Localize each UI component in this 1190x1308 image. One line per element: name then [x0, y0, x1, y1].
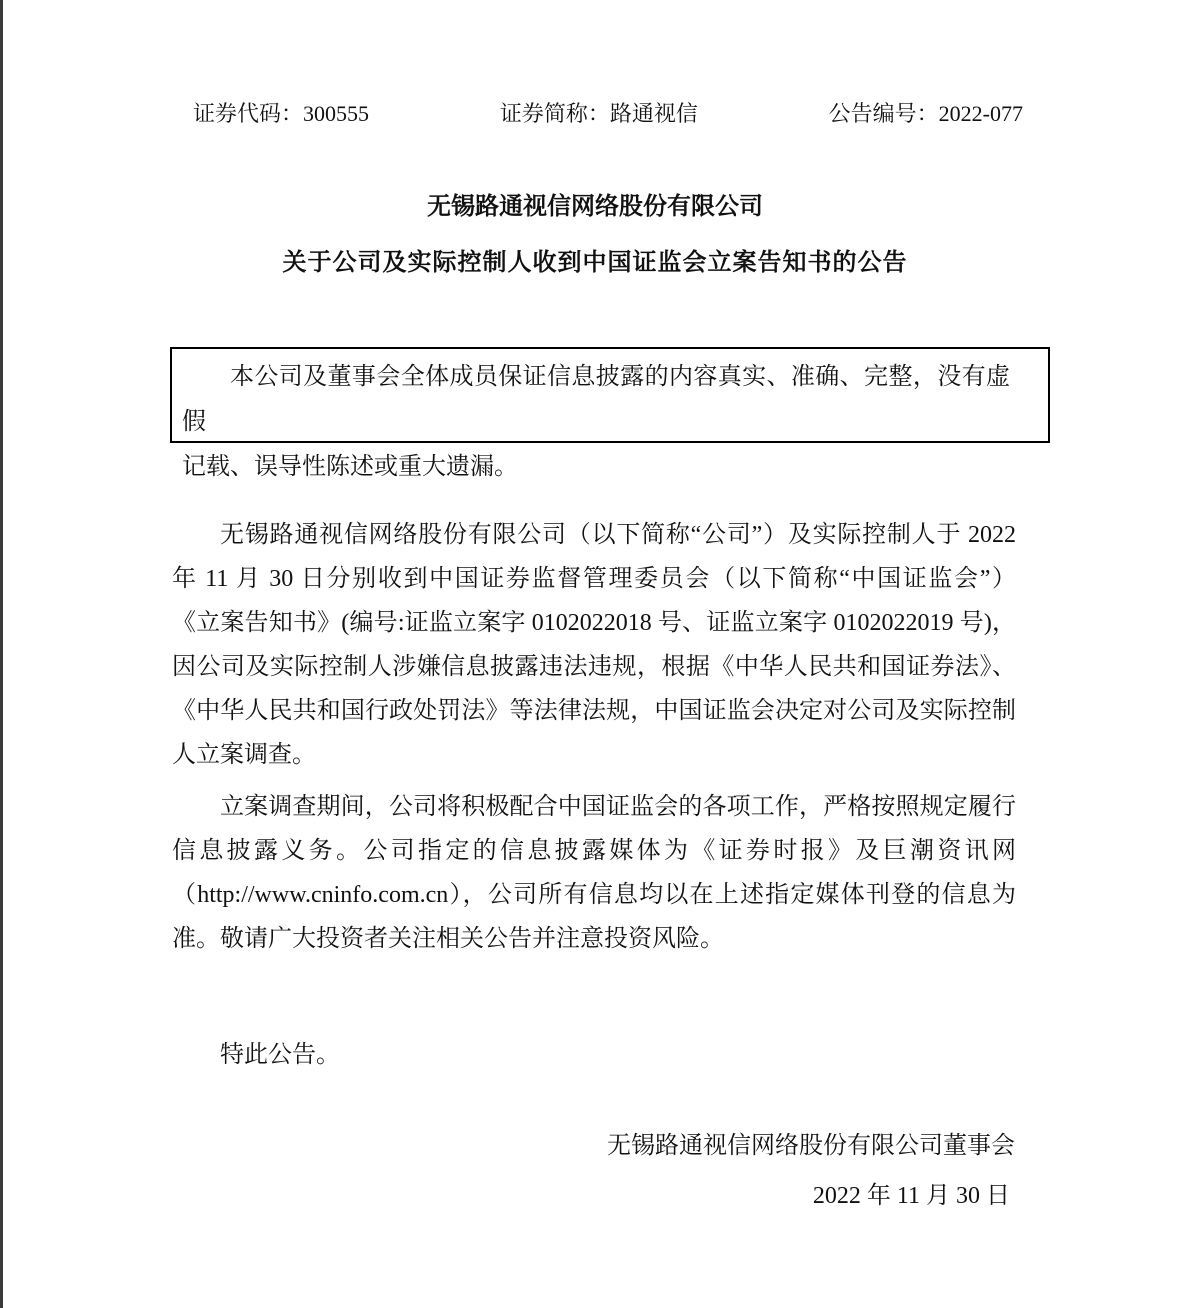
paragraph-line: 准。敬请广大投资者关注相关公告并注意投资风险。 [172, 917, 1016, 961]
paragraph-line: （http://www.cninfo.com.cn），公司所有信息均以在上述指定… [172, 873, 1016, 917]
paragraph-line: 立案调查期间，公司将积极配合中国证监会的各项工作，严格按照规定履行 [172, 785, 1016, 829]
stock-code-value: 300555 [303, 101, 369, 126]
stock-code: 证券代码：300555 [193, 98, 369, 130]
stock-code-label: 证券代码： [193, 101, 303, 126]
paragraph-line: 信息披露义务。公司指定的信息披露媒体为《证券时报》及巨潮资讯网 [172, 829, 1016, 873]
stock-name-label: 证券简称： [500, 101, 610, 126]
paragraph-line: 《中华人民共和国行政处罚法》等法律法规，中国证监会决定对公司及实际控制 [172, 689, 1016, 733]
document-title-subject: 关于公司及实际控制人收到中国证监会立案告知书的公告 [0, 246, 1190, 280]
paragraph-line: 无锡路通视信网络股份有限公司（以下简称“公司”）及实际控制人于 2022 [172, 513, 1016, 557]
stock-name: 证券简称：路通视信 [500, 98, 698, 130]
stock-name-value: 路通视信 [610, 101, 698, 126]
paragraph-line: 年 11 月 30 日分别收到中国证券监督管理委员会（以下简称“中国证监会”） [172, 557, 1016, 601]
securities-header-row: 证券代码：300555 证券简称：路通视信 公告编号：2022-077 [193, 98, 1023, 130]
announcement-number-value: 2022-077 [939, 101, 1023, 126]
document-title-company: 无锡路通视信网络股份有限公司 [0, 190, 1190, 224]
disclaimer-line: 记载、误导性陈述或重大遗漏。 [182, 445, 1010, 490]
disclaimer-line: 本公司及董事会全体成员保证信息披露的内容真实、准确、完整，没有虚假 [182, 355, 1010, 445]
paragraph-line: 人立案调查。 [172, 733, 1016, 777]
signature-company: 无锡路通视信网络股份有限公司董事会 [607, 1121, 1015, 1171]
document-body: 无锡路通视信网络股份有限公司（以下简称“公司”）及实际控制人于 2022 年 1… [172, 513, 1016, 961]
closing-statement: 特此公告。 [172, 1033, 1016, 1077]
signature-block: 无锡路通视信网络股份有限公司董事会 2022 年 11 月 30 日 [607, 1121, 1015, 1221]
paragraph-2: 立案调查期间，公司将积极配合中国证监会的各项工作，严格按照规定履行 信息披露义务… [172, 785, 1016, 961]
paragraph-line: 《立案告知书》(编号:证监立案字 0102022018 号、证监立案字 0102… [172, 601, 1016, 645]
paragraph-line: 因公司及实际控制人涉嫌信息披露违法违规，根据《中华人民共和国证券法》、 [172, 645, 1016, 689]
disclaimer-box: 本公司及董事会全体成员保证信息披露的内容真实、准确、完整，没有虚假 记载、误导性… [170, 347, 1050, 443]
announcement-number-label: 公告编号： [829, 101, 939, 126]
announcement-document: 证券代码：300555 证券简称：路通视信 公告编号：2022-077 无锡路通… [0, 0, 1190, 1308]
paragraph-1: 无锡路通视信网络股份有限公司（以下简称“公司”）及实际控制人于 2022 年 1… [172, 513, 1016, 777]
announcement-number: 公告编号：2022-077 [829, 98, 1023, 130]
signature-date: 2022 年 11 月 30 日 [607, 1171, 1015, 1221]
